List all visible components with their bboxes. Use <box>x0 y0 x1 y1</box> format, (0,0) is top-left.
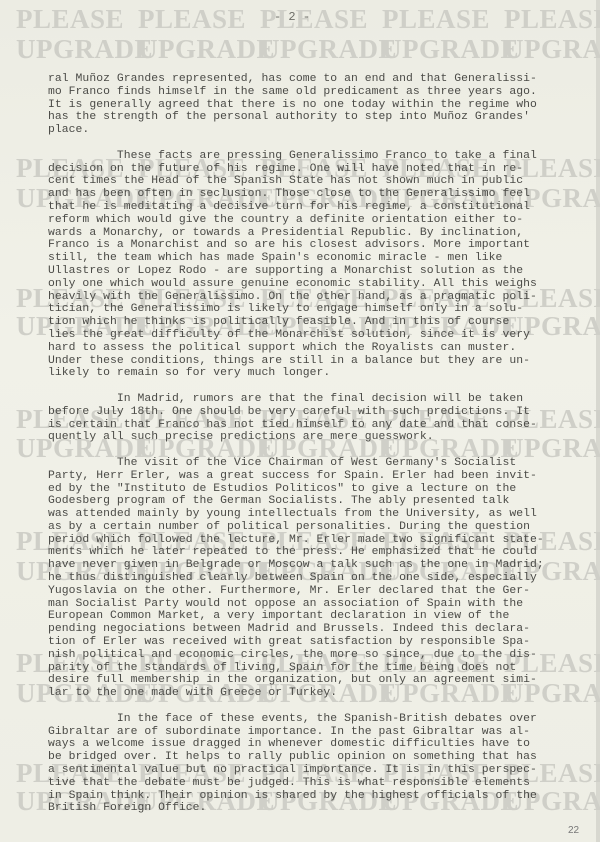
text-line: nish political and economic circles, the… <box>48 649 568 662</box>
text-line: Ullastres or Lopez Rodo - are supporting… <box>48 265 568 278</box>
paragraph: In the face of these events, the Spanish… <box>48 713 568 815</box>
text-line: ments which he later repeated to the pre… <box>48 546 568 559</box>
watermark-word: PLEASE <box>16 4 138 35</box>
text-line: Party, Herr Erler, was a great success f… <box>48 470 568 483</box>
text-line: only one which would assure genuine econ… <box>48 278 568 291</box>
text-line: The visit of the Vice Chairman of West G… <box>48 457 568 470</box>
handwritten-page-number: 22 <box>568 825 579 836</box>
document-page: PLEASEPLEASEPLEASEPLEASEPLEASEUPGRADEUPG… <box>0 0 600 842</box>
watermark-word: UPGRADE <box>504 34 600 65</box>
text-line: tion which he thinks is politically feas… <box>48 316 568 329</box>
text-line: a sentimental value but no practical imp… <box>48 764 568 777</box>
paragraph-gap <box>48 700 568 713</box>
text-line: was attended mainly by young intellectua… <box>48 508 568 521</box>
paragraph-gap <box>48 137 568 150</box>
watermark-word: UPGRADE <box>260 34 382 65</box>
page-header-number: - 2 - <box>274 10 310 24</box>
text-line: tive that the debate must be judged. Thi… <box>48 777 568 790</box>
watermark-word: PLEASE <box>382 4 504 35</box>
text-line: Yugoslavia on the other. Furthermore, Mr… <box>48 585 568 598</box>
document-body: ral Muñoz Grandes represented, has come … <box>48 73 568 815</box>
text-line: tician, the Generalissimo is likely to e… <box>48 303 568 316</box>
text-line: ral Muñoz Grandes represented, has come … <box>48 73 568 86</box>
text-line: parity of the standards of living, Spain… <box>48 662 568 675</box>
text-line: ways a welcome issue dragged in whenever… <box>48 738 568 751</box>
text-line: wards a Monarchy, or towards a President… <box>48 227 568 240</box>
text-line: decision on the future of his regime. On… <box>48 163 568 176</box>
watermark-word: PLEASE <box>504 4 600 35</box>
paragraph: In Madrid, rumors are that the final dec… <box>48 393 568 444</box>
watermark-word: UPGRADE <box>138 34 260 65</box>
text-line: is certain that Franco has not tied hims… <box>48 419 568 432</box>
text-line: quently all such precise predictions are… <box>48 431 568 444</box>
text-line: lies the great difficulty of the Monarch… <box>48 329 568 342</box>
text-line: ed by the "Instituto de Estudios Politic… <box>48 483 568 496</box>
text-line: Franco is a Monarchist and so are his cl… <box>48 239 568 252</box>
text-line: reform which would give the country a de… <box>48 214 568 227</box>
text-line: in Spain think. Their opinion is shared … <box>48 790 568 803</box>
watermark-word: UPGRADE <box>382 34 504 65</box>
text-line: In Madrid, rumors are that the final dec… <box>48 393 568 406</box>
text-line: likely to remain so for very much longer… <box>48 367 568 380</box>
text-line: In the face of these events, the Spanish… <box>48 713 568 726</box>
text-line: Under these conditions, things are still… <box>48 355 568 368</box>
paragraph: ral Muñoz Grandes represented, has come … <box>48 73 568 137</box>
text-line: as by a certain number of political pers… <box>48 521 568 534</box>
watermark-word: UPGRADE <box>16 34 138 65</box>
text-line: that he is meditating a decisive turn fo… <box>48 201 568 214</box>
text-line: heavily with the Generalissimo. On the o… <box>48 291 568 304</box>
text-line: cent times the Head of the Spanish State… <box>48 175 568 188</box>
paragraph: These facts are pressing Generalissimo F… <box>48 150 568 380</box>
text-line: mo Franco finds himself in the same old … <box>48 86 568 99</box>
text-line: It is generally agreed that there is no … <box>48 99 568 112</box>
paragraph: The visit of the Vice Chairman of West G… <box>48 457 568 700</box>
text-line: desire full membership in the organizati… <box>48 674 568 687</box>
text-line: British Foreign Office. <box>48 802 568 815</box>
text-line: he thus distinguished clearly between Sp… <box>48 572 568 585</box>
text-line: European Common Market, a very important… <box>48 610 568 623</box>
watermark-word: PLEASE <box>138 4 260 35</box>
paragraph-gap <box>48 380 568 393</box>
text-line: pending negociations between Madrid and … <box>48 623 568 636</box>
text-line: have never given in Belgrade or Moscow a… <box>48 559 568 572</box>
text-line: has the strength of the personal authori… <box>48 111 568 124</box>
text-line: man Socialist Party would not oppose an … <box>48 598 568 611</box>
text-line: and has been often in seclusion. Those c… <box>48 188 568 201</box>
watermark-row: UPGRADEUPGRADEUPGRADEUPGRADEUPGRADE <box>16 34 600 65</box>
text-line: tion of Erler was received with great sa… <box>48 636 568 649</box>
text-line: lar to the one made with Greece or Turke… <box>48 687 568 700</box>
text-line: These facts are pressing Generalissimo F… <box>48 150 568 163</box>
text-line: period which followed the lecture, Mr. E… <box>48 534 568 547</box>
text-line: place. <box>48 124 568 137</box>
text-line: Gibraltar are of subordinate importance.… <box>48 726 568 739</box>
text-line: still, the team which has made Spain's e… <box>48 252 568 265</box>
paragraph-gap <box>48 444 568 457</box>
text-line: before July 18th. One should be very car… <box>48 406 568 419</box>
text-line: be bridged over. It helps to rally publi… <box>48 751 568 764</box>
text-line: hard to assess the political support whi… <box>48 342 568 355</box>
text-line: Godesberg program of the German Socialis… <box>48 495 568 508</box>
